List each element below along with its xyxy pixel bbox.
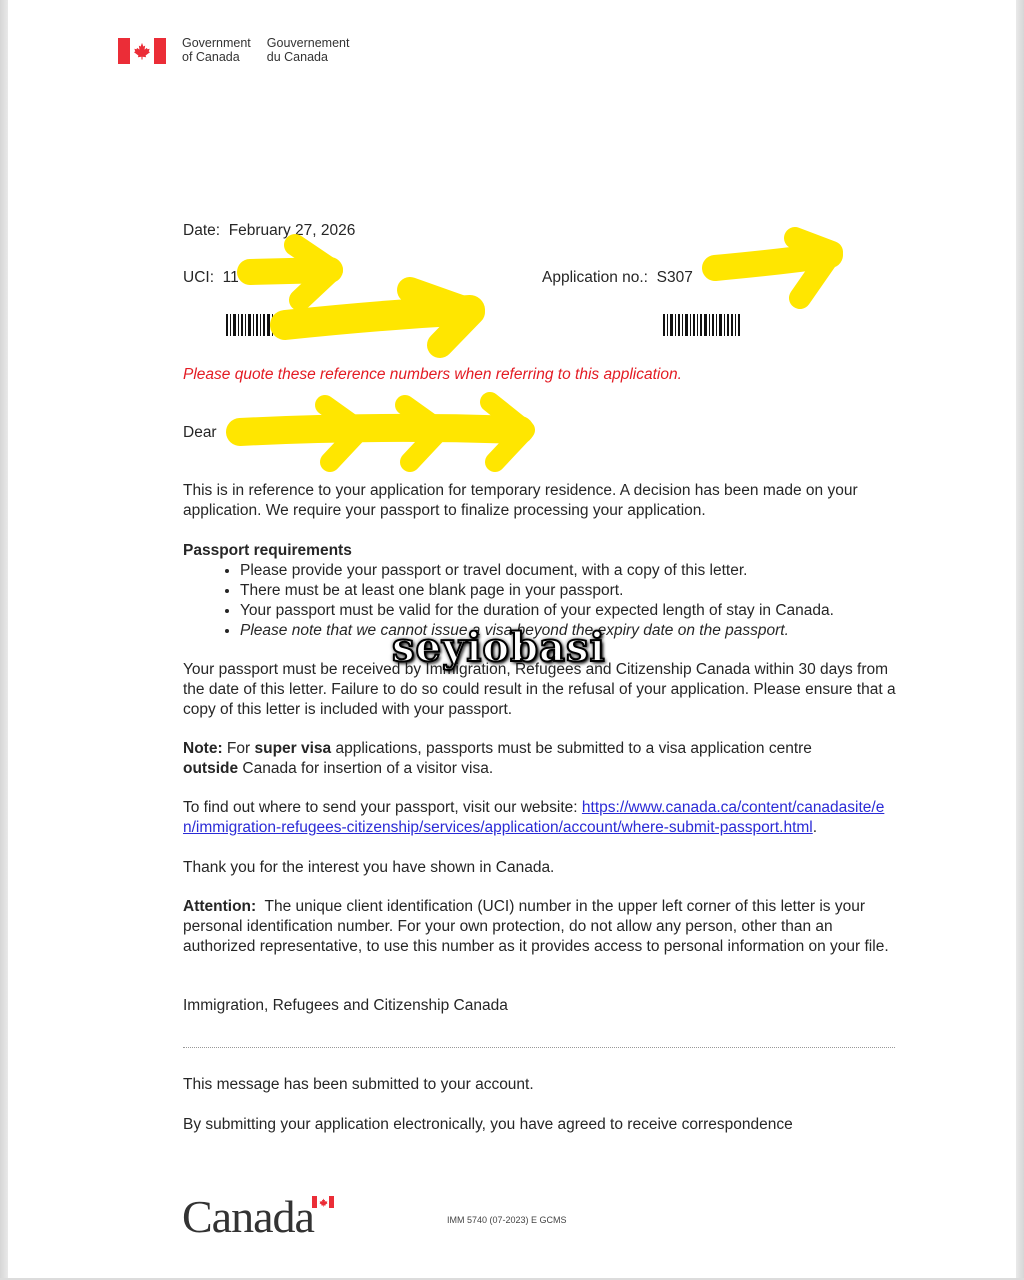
intro-paragraph: This is in reference to your application… [183, 481, 903, 521]
application-number-field: Application no.: S307 [542, 268, 693, 288]
page-edge-left [0, 0, 8, 1280]
uci-value: 11- [223, 269, 244, 286]
signature-french: Gouvernement du Canada [267, 36, 350, 64]
canada-flag-icon [118, 38, 166, 64]
requirement-item: There must be at least one blank page in… [240, 581, 920, 601]
note-paragraph: Note: For super visa applications, passp… [183, 739, 863, 779]
requirements-heading: Passport requirements [183, 541, 352, 561]
canada-wordmark: Canada [182, 1190, 314, 1243]
divider [183, 1047, 895, 1048]
requirement-item: Your passport must be valid for the dura… [240, 601, 920, 621]
watermark-text: seyiobasi [392, 624, 606, 671]
attention-paragraph: Attention: The unique client identificat… [183, 897, 895, 957]
application-barcode [663, 314, 773, 336]
thanks-line: Thank you for the interest you have show… [183, 858, 554, 878]
submitted-message: This message has been submitted to your … [183, 1075, 534, 1095]
electronic-consent-message: By submitting your application electroni… [183, 1115, 793, 1135]
signoff: Immigration, Refugees and Citizenship Ca… [183, 996, 508, 1016]
form-code: IMM 5740 (07-2023) E GCMS [447, 1215, 567, 1225]
application-number-value: S307 [657, 269, 693, 286]
government-signature: Government of Canada Gouvernement du Can… [118, 36, 365, 64]
wordmark-flag-icon [312, 1196, 334, 1208]
page-edge-right [1016, 0, 1024, 1280]
requirement-item: Please provide your passport or travel d… [240, 561, 920, 581]
letter-date: Date: February 27, 2026 [183, 221, 355, 241]
website-paragraph: To find out where to send your passport,… [183, 798, 895, 838]
reference-notice: Please quote these reference numbers whe… [183, 365, 682, 385]
uci-barcode [226, 314, 416, 336]
signature-english: Government of Canada [182, 36, 251, 64]
salutation: Dear [183, 423, 217, 443]
uci-field: UCI: 11- [183, 268, 244, 288]
